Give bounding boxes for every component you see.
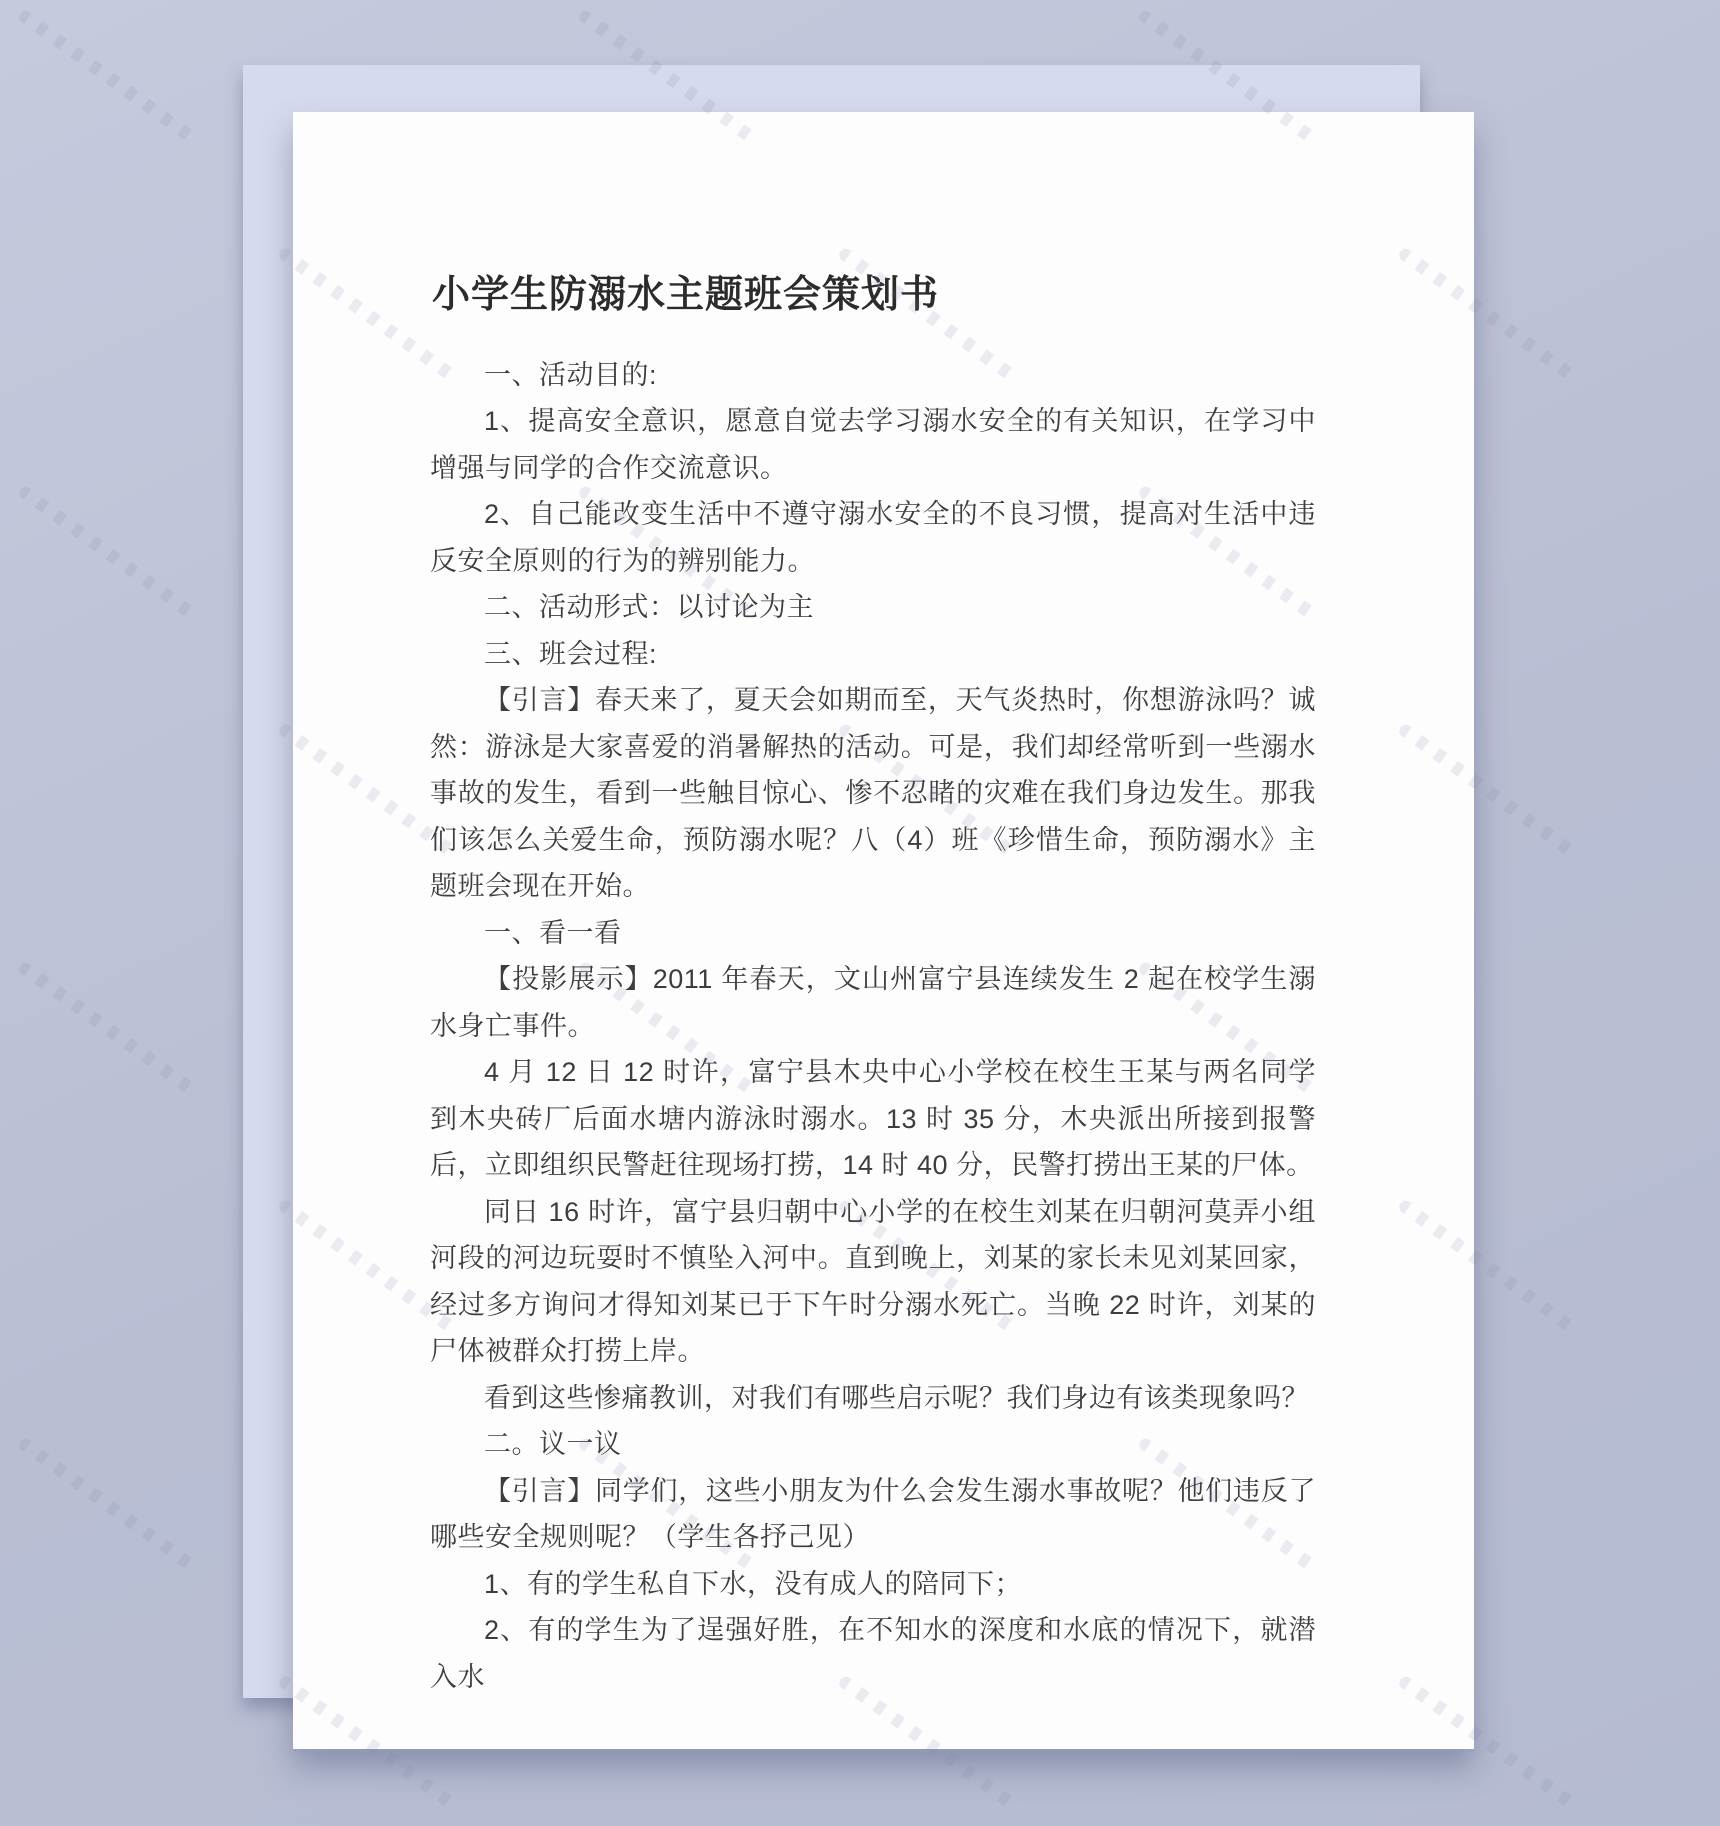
paragraph: 【引言】春天来了，夏天会如期而至，天气炎热时，你想游泳吗？诚然：游泳是大家喜爱的… xyxy=(430,677,1316,910)
paragraph: 一、看一看 xyxy=(430,910,1316,957)
paragraph: 二。议一议 xyxy=(430,1421,1316,1468)
document-body: 一、活动目的:1、提高安全意识，愿意自觉去学习溺水安全的有关知识，在学习中增强与… xyxy=(430,352,1316,1701)
paragraph: 二、活动形式：以讨论为主 xyxy=(430,584,1316,631)
paragraph: 2、有的学生为了逞强好胜，在不知水的深度和水底的情况下，就潜入水 xyxy=(430,1607,1316,1700)
watermark-mark xyxy=(17,8,199,145)
paragraph: 2、自己能改变生活中不遵守溺水安全的不良习惯，提高对生活中违反安全原则的行为的辨… xyxy=(430,491,1316,584)
document-page: 小学生防溺水主题班会策划书 一、活动目的:1、提高安全意识，愿意自觉去学习溺水安… xyxy=(293,112,1474,1749)
watermark-mark xyxy=(17,960,199,1097)
watermark-mark xyxy=(17,1436,199,1573)
paragraph: 一、活动目的: xyxy=(430,352,1316,399)
paragraph: 1、提高安全意识，愿意自觉去学习溺水安全的有关知识，在学习中增强与同学的合作交流… xyxy=(430,398,1316,491)
paragraph: 看到这些惨痛教训，对我们有哪些启示呢？我们身边有该类现象吗？ xyxy=(430,1375,1316,1422)
paragraph: 同日 16 时许，富宁县归朝中心小学的在校生刘某在归朝河莫弄小组河段的河边玩耍时… xyxy=(430,1189,1316,1375)
watermark-mark xyxy=(17,484,199,621)
document-title: 小学生防溺水主题班会策划书 xyxy=(432,272,1316,320)
canvas-background: 小学生防溺水主题班会策划书 一、活动目的:1、提高安全意识，愿意自觉去学习溺水安… xyxy=(0,0,1720,1826)
paragraph: 1、有的学生私自下水，没有成人的陪同下； xyxy=(430,1561,1316,1608)
paragraph: 【投影展示】2011 年春天，文山州富宁县连续发生 2 起在校学生溺水身亡事件。 xyxy=(430,956,1316,1049)
paragraph: 【引言】同学们，这些小朋友为什么会发生溺水事故呢？他们违反了哪些安全规则呢？（学… xyxy=(430,1468,1316,1561)
paragraph: 4 月 12 日 12 时许，富宁县木央中心小学校在校生王某与两名同学到木央砖厂… xyxy=(430,1049,1316,1189)
paragraph: 三、班会过程: xyxy=(430,631,1316,678)
page-content: 小学生防溺水主题班会策划书 一、活动目的:1、提高安全意识，愿意自觉去学习溺水安… xyxy=(430,272,1316,1700)
